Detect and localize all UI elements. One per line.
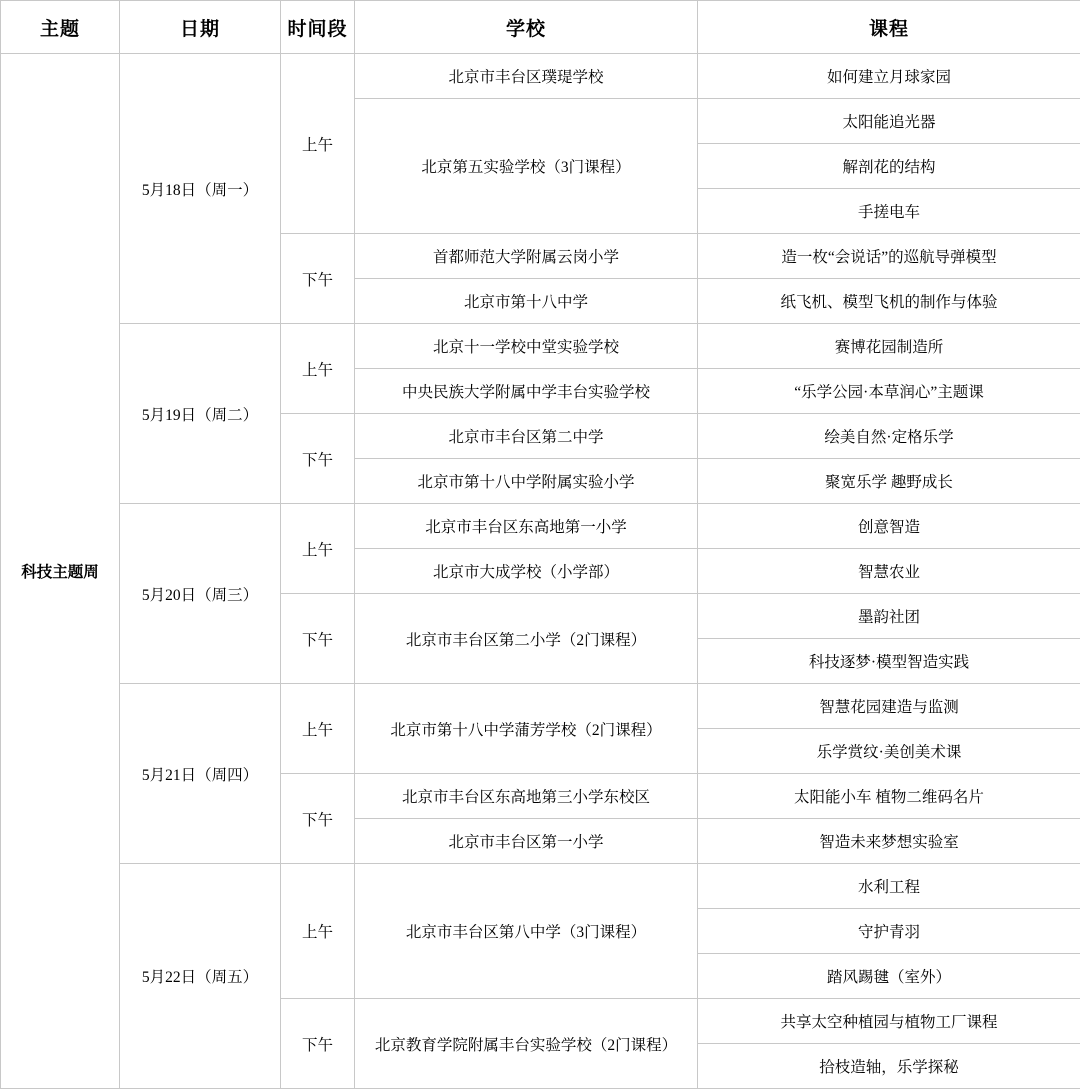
time-cell: 下午: [281, 999, 355, 1089]
school-cell: 北京市丰台区东高地第一小学: [355, 504, 698, 549]
course-cell: 拾枝造轴，乐学探秘: [698, 1044, 1080, 1089]
column-header-theme: 主题: [1, 1, 120, 54]
course-cell: 共享太空种植园与植物工厂课程: [698, 999, 1080, 1044]
school-cell: 北京市丰台区第二小学（2门课程）: [355, 594, 698, 684]
school-cell: 北京市第十八中学附属实验小学: [355, 459, 698, 504]
time-cell: 上午: [281, 54, 355, 234]
date-cell: 5月19日（周二）: [120, 324, 281, 504]
course-cell: 聚宽乐学 趣野成长: [698, 459, 1080, 504]
course-cell: 太阳能小车 植物二维码名片: [698, 774, 1080, 819]
course-cell: 解剖花的结构: [698, 144, 1080, 189]
column-header-school: 学校: [355, 1, 698, 54]
school-cell: 北京市第十八中学蒲芳学校（2门课程）: [355, 684, 698, 774]
school-cell: 首都师范大学附属云岗小学: [355, 234, 698, 279]
course-cell: 踏风踢毽（室外）: [698, 954, 1080, 999]
table-row: 5月22日（周五）上午北京市丰台区第八中学（3门课程）水利工程: [1, 864, 1080, 909]
header-row: 主题日期时间段学校课程: [1, 1, 1080, 54]
course-cell: 赛博花园制造所: [698, 324, 1080, 369]
column-header-course: 课程: [698, 1, 1080, 54]
course-cell: 太阳能追光器: [698, 99, 1080, 144]
table-row: 5月19日（周二）上午北京十一学校中堂实验学校赛博花园制造所: [1, 324, 1080, 369]
time-cell: 下午: [281, 414, 355, 504]
time-cell: 下午: [281, 234, 355, 324]
course-cell: 守护青羽: [698, 909, 1080, 954]
time-cell: 上午: [281, 324, 355, 414]
course-cell: 水利工程: [698, 864, 1080, 909]
date-cell: 5月20日（周三）: [120, 504, 281, 684]
course-cell: 科技逐梦·模型智造实践: [698, 639, 1080, 684]
theme-cell: 科技主题周: [1, 54, 120, 1089]
school-cell: 北京市丰台区第二中学: [355, 414, 698, 459]
table-row: 5月20日（周三）上午北京市丰台区东高地第一小学创意智造: [1, 504, 1080, 549]
column-header-date: 日期: [120, 1, 281, 54]
schedule-table: 主题日期时间段学校课程 科技主题周5月18日（周一）上午北京市丰台区璞瑅学校如何…: [0, 0, 1080, 1089]
time-cell: 上午: [281, 504, 355, 594]
school-cell: 北京市丰台区璞瑅学校: [355, 54, 698, 99]
course-cell: 乐学赏纹·美创美术课: [698, 729, 1080, 774]
course-cell: 如何建立月球家园: [698, 54, 1080, 99]
school-cell: 北京第五实验学校（3门课程）: [355, 99, 698, 234]
school-cell: 北京市丰台区东高地第三小学东校区: [355, 774, 698, 819]
school-cell: 北京市大成学校（小学部）: [355, 549, 698, 594]
course-cell: 造一枚“会说话”的巡航导弹模型: [698, 234, 1080, 279]
course-cell: 纸飞机、模型飞机的制作与体验: [698, 279, 1080, 324]
course-cell: 智慧农业: [698, 549, 1080, 594]
course-cell: 绘美自然·定格乐学: [698, 414, 1080, 459]
school-cell: 中央民族大学附属中学丰台实验学校: [355, 369, 698, 414]
table-row: 5月21日（周四）上午北京市第十八中学蒲芳学校（2门课程）智慧花园建造与监测: [1, 684, 1080, 729]
course-cell: 智慧花园建造与监测: [698, 684, 1080, 729]
date-cell: 5月22日（周五）: [120, 864, 281, 1089]
time-cell: 下午: [281, 594, 355, 684]
course-cell: 手搓电车: [698, 189, 1080, 234]
date-cell: 5月21日（周四）: [120, 684, 281, 864]
time-cell: 下午: [281, 774, 355, 864]
school-cell: 北京市丰台区第八中学（3门课程）: [355, 864, 698, 999]
table-row: 科技主题周5月18日（周一）上午北京市丰台区璞瑅学校如何建立月球家园: [1, 54, 1080, 99]
course-cell: 墨韵社团: [698, 594, 1080, 639]
school-cell: 北京市丰台区第一小学: [355, 819, 698, 864]
school-cell: 北京教育学院附属丰台实验学校（2门课程）: [355, 999, 698, 1089]
course-cell: “乐学公园·本草润心”主题课: [698, 369, 1080, 414]
school-cell: 北京市第十八中学: [355, 279, 698, 324]
school-cell: 北京十一学校中堂实验学校: [355, 324, 698, 369]
time-cell: 上午: [281, 684, 355, 774]
column-header-time: 时间段: [281, 1, 355, 54]
course-cell: 智造未来梦想实验室: [698, 819, 1080, 864]
page: 主题日期时间段学校课程 科技主题周5月18日（周一）上午北京市丰台区璞瑅学校如何…: [0, 0, 1080, 1022]
date-cell: 5月18日（周一）: [120, 54, 281, 324]
time-cell: 上午: [281, 864, 355, 999]
course-cell: 创意智造: [698, 504, 1080, 549]
